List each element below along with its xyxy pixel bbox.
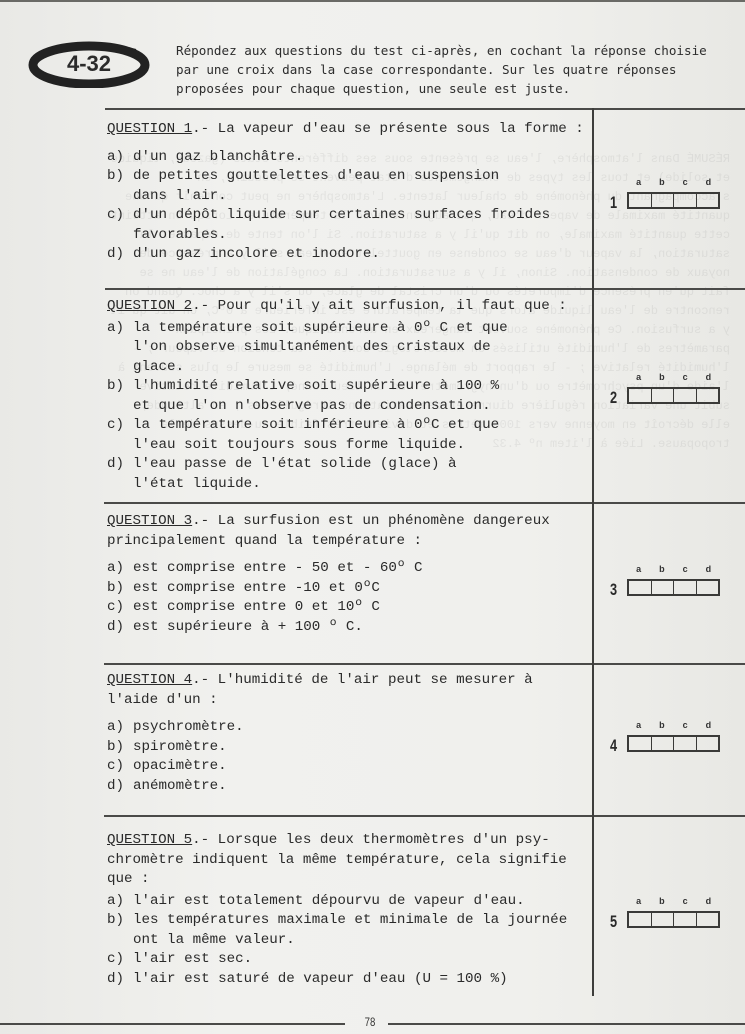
top-border xyxy=(0,0,745,2)
answer-box-a[interactable] xyxy=(629,389,652,402)
option-text: l'air est saturé de vapeur d'eau (U = 10… xyxy=(133,970,587,990)
answer-box-c[interactable] xyxy=(674,737,697,750)
option-text: spiromètre. xyxy=(133,738,587,758)
question-stem: .- La vapeur d'eau se présente sous la f… xyxy=(192,121,584,137)
grid-number: 2 xyxy=(610,388,621,408)
option: d)l'eau passe de l'état solide (glace) à… xyxy=(107,455,587,494)
option: c)d'un dépôt liquide sur certaines surfa… xyxy=(107,206,587,245)
options-list: a)d'un gaz blanchâtre. b)de petites gout… xyxy=(107,148,587,265)
answer-box-d[interactable] xyxy=(697,581,719,594)
instructions-text: Répondez aux questions du test ci-après,… xyxy=(176,41,736,98)
footer-rule-right xyxy=(388,1023,745,1025)
question-stem: .- Pour qu'il y ait surfusion, il faut q… xyxy=(192,298,567,314)
option-letter: a) xyxy=(107,892,133,912)
option: b)de petites gouttelettes d'eau en suspe… xyxy=(107,167,587,206)
answer-grid-5: 5 abcd xyxy=(606,896,726,936)
divider xyxy=(105,108,745,110)
option-text: l'humidité relative soit supérieure à 10… xyxy=(133,377,587,416)
divider xyxy=(105,288,745,290)
option-letter: c) xyxy=(107,757,133,777)
option-text: l'air est sec. xyxy=(133,950,587,970)
answer-box-b[interactable] xyxy=(652,737,675,750)
grid-letters: abcd xyxy=(627,720,720,730)
option: b)l'humidité relative soit supérieure à … xyxy=(107,377,587,416)
answer-box-c[interactable] xyxy=(674,389,697,402)
question-4: QUESTION 4.- L'humidité de l'air peut se… xyxy=(107,671,587,796)
answer-box-d[interactable] xyxy=(697,194,719,207)
option: c)l'air est sec. xyxy=(107,950,587,970)
grid-letter: b xyxy=(650,564,673,574)
grid-number: 4 xyxy=(610,736,621,756)
answer-boxes xyxy=(627,911,720,928)
grid-letter: a xyxy=(627,896,650,906)
answer-box-d[interactable] xyxy=(697,913,719,926)
option-text: les températures maximale et minimale de… xyxy=(133,911,587,950)
grid-letter: b xyxy=(650,896,673,906)
answer-box-b[interactable] xyxy=(652,581,675,594)
answer-grid-1: 1 abcd xyxy=(606,177,726,217)
grid-number: 3 xyxy=(610,580,621,600)
option-letter: b) xyxy=(107,377,133,416)
page-number: 78 xyxy=(358,1015,382,1029)
options-list: a)est comprise entre - 50 et - 60º C b)e… xyxy=(107,559,587,637)
option-text: la température soit inférieure à 0ºC et … xyxy=(133,416,587,455)
option-letter: a) xyxy=(107,148,133,168)
option: c)est comprise entre 0 et 10º C xyxy=(107,598,587,618)
option-text: l'air est totalement dépourvu de vapeur … xyxy=(133,892,587,912)
item-number: 4-32 xyxy=(28,40,150,88)
answer-box-a[interactable] xyxy=(629,194,652,207)
options-list: a)psychromètre. b)spiromètre. c)opacimèt… xyxy=(107,718,587,796)
options-list: a)l'air est totalement dépourvu de vapeu… xyxy=(107,892,587,990)
question-2: QUESTION 2.- Pour qu'il y ait surfusion,… xyxy=(107,297,587,494)
answer-box-c[interactable] xyxy=(674,913,697,926)
grid-letter: c xyxy=(674,177,697,187)
option-letter: d) xyxy=(107,777,133,797)
option-text: de petites gouttelettes d'eau en suspens… xyxy=(133,167,587,206)
option-text: est comprise entre -10 et 0ºC xyxy=(133,579,587,599)
answer-grid-2: 2 abcd xyxy=(606,372,726,412)
option: a)la température soit supérieure à 0º C … xyxy=(107,319,587,378)
option-letter: c) xyxy=(107,206,133,245)
footer-rule-left xyxy=(0,1023,345,1025)
grid-letter: b xyxy=(650,177,673,187)
answer-box-b[interactable] xyxy=(652,913,675,926)
grid-letters: abcd xyxy=(627,177,720,187)
question-label: QUESTION 2 xyxy=(107,298,192,314)
question-label: QUESTION 5 xyxy=(107,832,192,848)
answer-box-c[interactable] xyxy=(674,581,697,594)
grid-number: 1 xyxy=(610,193,621,213)
option-text: est supérieure à + 100 º C. xyxy=(133,618,587,638)
option: d)est supérieure à + 100 º C. xyxy=(107,618,587,638)
answer-box-d[interactable] xyxy=(697,737,719,750)
option: d)d'un gaz incolore et inodore. xyxy=(107,245,587,265)
divider xyxy=(104,815,745,817)
answer-boxes xyxy=(627,735,720,752)
answer-boxes xyxy=(627,387,720,404)
answer-box-c[interactable] xyxy=(674,194,697,207)
grid-letter: d xyxy=(697,896,720,906)
grid-letter: d xyxy=(697,372,720,382)
option-text: d'un gaz incolore et inodore. xyxy=(133,245,587,265)
option: c)la température soit inférieure à 0ºC e… xyxy=(107,416,587,455)
answer-grid-3: 3 abcd xyxy=(606,564,726,604)
grid-letter: c xyxy=(674,720,697,730)
grid-letters: abcd xyxy=(627,564,720,574)
question-label: QUESTION 4 xyxy=(107,672,192,688)
option-letter: c) xyxy=(107,950,133,970)
options-list: a)la température soit supérieure à 0º C … xyxy=(107,319,587,495)
answer-box-d[interactable] xyxy=(697,389,719,402)
option-text: d'un dépôt liquide sur certaines surface… xyxy=(133,206,587,245)
option-letter: d) xyxy=(107,618,133,638)
divider xyxy=(104,502,745,504)
option: b)spiromètre. xyxy=(107,738,587,758)
grid-letter: d xyxy=(697,564,720,574)
question-1: QUESTION 1.- La vapeur d'eau se présente… xyxy=(107,120,587,265)
answer-box-b[interactable] xyxy=(652,194,675,207)
option-text: opacimètre. xyxy=(133,757,587,777)
option-letter: a) xyxy=(107,319,133,378)
answer-boxes xyxy=(627,192,720,209)
option-text: est comprise entre - 50 et - 60º C xyxy=(133,559,587,579)
option-letter: d) xyxy=(107,455,133,494)
grid-letters: abcd xyxy=(627,896,720,906)
answer-grid-4: 4 abcd xyxy=(606,720,726,760)
question-label: QUESTION 1 xyxy=(107,121,192,137)
option-letter: c) xyxy=(107,598,133,618)
option-text: la température soit supérieure à 0º C et… xyxy=(133,319,587,378)
option: b)les températures maximale et minimale … xyxy=(107,911,587,950)
grid-letter: d xyxy=(697,177,720,187)
option: a)psychromètre. xyxy=(107,718,587,738)
option: a)l'air est totalement dépourvu de vapeu… xyxy=(107,892,587,912)
answer-boxes xyxy=(627,579,720,596)
option-letter: a) xyxy=(107,559,133,579)
grid-letter: a xyxy=(627,720,650,730)
option-letter: a) xyxy=(107,718,133,738)
option: a)d'un gaz blanchâtre. xyxy=(107,148,587,168)
option: d)l'air est saturé de vapeur d'eau (U = … xyxy=(107,970,587,990)
grid-letter: c xyxy=(674,896,697,906)
answer-box-a[interactable] xyxy=(629,737,652,750)
question-3: QUESTION 3.- La surfusion est un phénomè… xyxy=(107,512,587,637)
option-letter: c) xyxy=(107,416,133,455)
option-text: psychromètre. xyxy=(133,718,587,738)
answer-box-a[interactable] xyxy=(629,913,652,926)
grid-number: 5 xyxy=(610,912,621,932)
option-letter: b) xyxy=(107,167,133,206)
option-text: d'un gaz blanchâtre. xyxy=(133,148,587,168)
question-5: QUESTION 5.- Lorsque les deux thermomètr… xyxy=(107,831,587,989)
option-text: l'eau passe de l'état solide (glace) à l… xyxy=(133,455,587,494)
grid-letter: b xyxy=(650,720,673,730)
option: c)opacimètre. xyxy=(107,757,587,777)
option: a)est comprise entre - 50 et - 60º C xyxy=(107,559,587,579)
answer-box-a[interactable] xyxy=(629,581,652,594)
grid-letter: c xyxy=(674,564,697,574)
option-letter: b) xyxy=(107,738,133,758)
option: d)anémomètre. xyxy=(107,777,587,797)
item-badge: 4-32 xyxy=(28,40,150,88)
column-divider xyxy=(592,108,594,996)
grid-letter: a xyxy=(627,564,650,574)
option-text: anémomètre. xyxy=(133,777,587,797)
grid-letter: d xyxy=(697,720,720,730)
option-letter: b) xyxy=(107,911,133,950)
grid-letter: a xyxy=(627,177,650,187)
grid-letter: c xyxy=(674,372,697,382)
answer-box-b[interactable] xyxy=(652,389,675,402)
option-text: est comprise entre 0 et 10º C xyxy=(133,598,587,618)
option-letter: d) xyxy=(107,245,133,265)
divider xyxy=(104,663,745,665)
option-letter: b) xyxy=(107,579,133,599)
option-letter: d) xyxy=(107,970,133,990)
grid-letter: b xyxy=(650,372,673,382)
question-label: QUESTION 3 xyxy=(107,513,192,529)
option: b)est comprise entre -10 et 0ºC xyxy=(107,579,587,599)
grid-letter: a xyxy=(627,372,650,382)
grid-letters: abcd xyxy=(627,372,720,382)
